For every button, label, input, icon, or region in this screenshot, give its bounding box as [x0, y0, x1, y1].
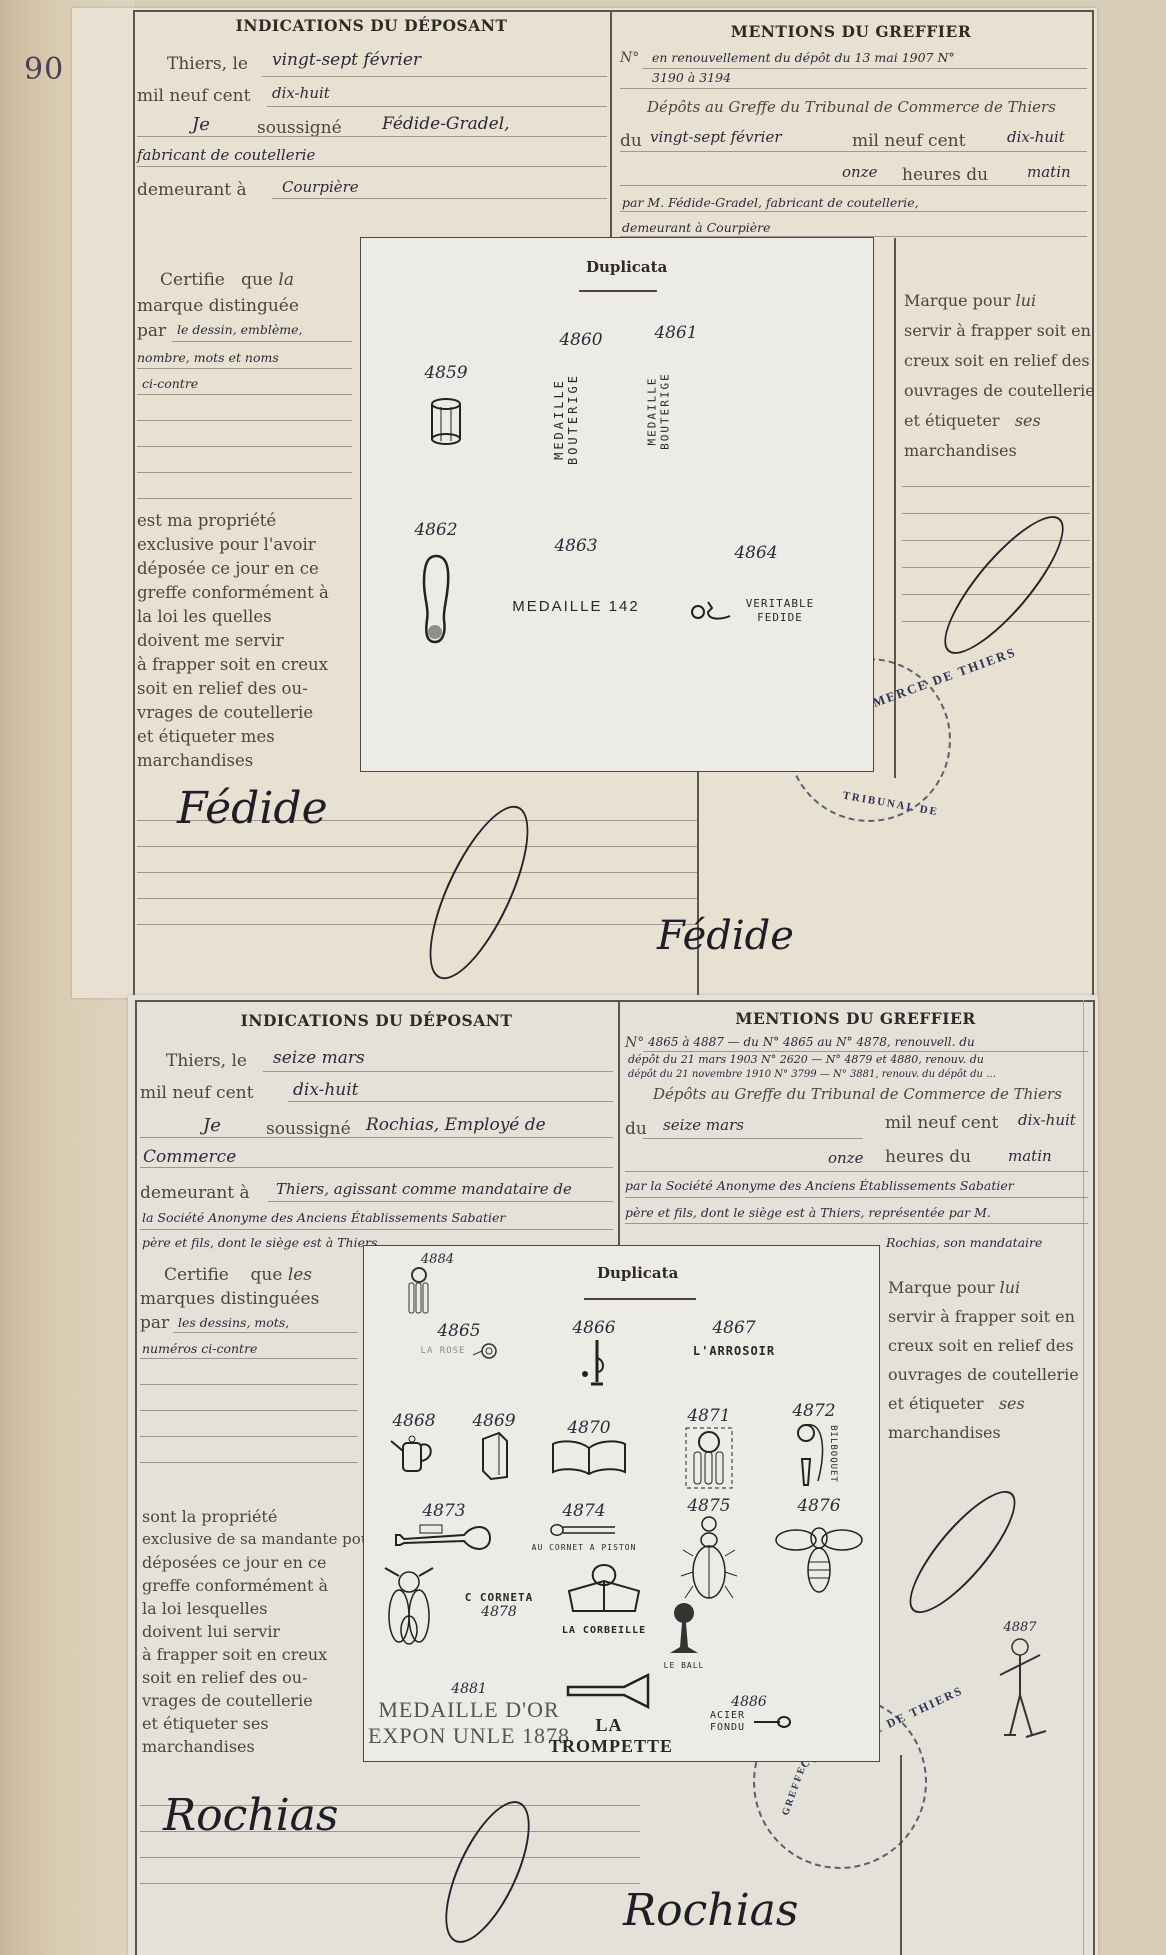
trademark-4873: 4873 [389, 1501, 499, 1559]
place-label: Thiers, le [166, 1051, 247, 1071]
by-line-3: Rochias, son mandataire [886, 1235, 1042, 1250]
du-label: du [625, 1119, 647, 1139]
clerk-paraph-right [927, 501, 1080, 669]
mark-usage-line: et étiqueter [888, 1394, 984, 1413]
certify-desc-2: nombre, mots et noms [137, 350, 279, 365]
property-line: à frapper soit en creux [142, 1645, 327, 1664]
mark-label: ACIER FONDU [707, 1710, 749, 1734]
mark-number: 4886 [694, 1694, 804, 1710]
tassel-icon [404, 1267, 434, 1317]
book-icon [479, 1431, 509, 1481]
certify-marque: marque distinguée [137, 296, 299, 316]
signatory-label: soussigné [266, 1119, 351, 1139]
year-label: mil neuf cent [140, 1083, 253, 1103]
property-line: la loi les quelles [137, 607, 272, 626]
residence: Courpière [282, 178, 359, 196]
basket-icon [559, 1561, 649, 1621]
clerk-hour: onze [828, 1149, 863, 1167]
mark-number: 4861 [631, 323, 721, 343]
mark-usage-line: servir à frapper soit en [904, 321, 1091, 340]
mark-label: MEDAILLE BOUTERIGE [552, 359, 580, 479]
mark-label: MEDAILLE 142 [476, 598, 676, 615]
year-label: mil neuf cent [137, 86, 250, 106]
mark-number: 4863 [476, 536, 676, 556]
mark-usage-pronoun: lui [1016, 291, 1037, 310]
mark-number: 4874 [519, 1501, 649, 1521]
clerk-year: dix-huit [1007, 128, 1065, 146]
duplicata-box-1: Duplicata 4859 4860 MEDAILLE BOUTERIGE 4… [360, 237, 874, 772]
depositor-signature: Fédide [177, 783, 328, 834]
property-line: et étiqueter mes [137, 727, 275, 746]
residence-line-2: la Société Anonyme des Anciens Établisse… [142, 1210, 505, 1225]
trademark-4875: 4875 [664, 1496, 754, 1610]
deposits-label: Dépôts au Greffe du Tribunal de Commerce… [653, 1085, 1062, 1103]
clerk-paraph [410, 793, 548, 991]
number-note-1: 4865 à 4887 — du N° 4865 au N° 4878, ren… [648, 1035, 975, 1049]
trademark-4859: 4859 [406, 363, 486, 451]
trademark-4877 [364, 1566, 454, 1660]
duplicata-title: Duplicata [597, 1264, 678, 1282]
clerk-heading: MENTIONS DU GREFFIER [618, 1009, 1093, 1028]
mark-number: 4868 [379, 1411, 449, 1431]
mark-usage-line: marchandises [904, 441, 1017, 460]
certify-desc-1: le dessin, emblème, [177, 322, 302, 337]
deposit-year: dix-huit [293, 1080, 359, 1100]
fly-icon [379, 1566, 439, 1656]
occupation: Commerce [143, 1147, 236, 1167]
trademark-4886: 4886 ACIER FONDU [694, 1694, 804, 1734]
property-line: greffe conformément à [137, 583, 329, 602]
property-line: déposées ce jour en ce [142, 1553, 326, 1572]
certify-article: la [278, 270, 294, 290]
by-line-1: par M. Fédide-Gradel, fabricant de coute… [622, 195, 919, 210]
clerk-paraph-right [894, 1477, 1031, 1626]
occupation: fabricant de coutellerie [137, 146, 315, 164]
trademark-4860: 4860 MEDAILLE BOUTERIGE [536, 330, 626, 480]
property-line: la loi lesquelles [142, 1599, 267, 1618]
mark-label: LE BALL [654, 1661, 714, 1670]
trademark-4871: 4871 [669, 1406, 749, 1494]
fish-hook-icon [690, 598, 732, 624]
certify-que: que [251, 1265, 283, 1285]
trademark-4870: 4870 [539, 1418, 639, 1482]
mark-number: 4871 [669, 1406, 749, 1426]
clerk-period: matin [1008, 1147, 1052, 1165]
mark-label: MEDAILLE BOUTERIGE [646, 349, 672, 474]
property-line: marchandises [142, 1737, 255, 1756]
property-line: déposée ce jour en ce [137, 559, 319, 578]
watering-can-icon [389, 1431, 439, 1475]
number-label: N° [625, 1035, 644, 1051]
property-line: vrages de coutellerie [142, 1691, 313, 1710]
property-line: sont la propriété [142, 1507, 277, 1526]
mark-usage-possessive: ses [1015, 411, 1041, 430]
mark-usage-pronoun: lui [1000, 1278, 1021, 1297]
certify-par: par [137, 321, 166, 341]
mark-usage-line: et étiqueter [904, 411, 1000, 430]
number-note-1: en renouvellement du dépôt du 13 mai 190… [652, 50, 955, 65]
trademark-4861: 4861 MEDAILLE BOUTERIGE [631, 323, 721, 473]
certify-que: que [241, 270, 273, 290]
trademark-4869: 4869 [459, 1411, 529, 1485]
property-line: doivent me servir [137, 631, 284, 650]
trumpet-icon [579, 1338, 609, 1388]
trademark-4864: 4864 VERITABLE FEDIDE [671, 543, 841, 625]
mark-usage-line: creux soit en relief des [904, 351, 1090, 370]
key-icon [752, 1715, 792, 1729]
certify-par: par [140, 1313, 169, 1333]
clerk-hour: onze [842, 163, 877, 181]
hour-label: heures du [885, 1147, 971, 1167]
mark-usage-line: servir à frapper soit en [888, 1307, 1075, 1326]
deposit-date: seize mars [273, 1048, 365, 1068]
certify-marque: marques distinguées [140, 1289, 319, 1309]
ball-icon [666, 1601, 702, 1657]
trademark-4874: 4874 AU CORNET A PISTON [519, 1501, 649, 1552]
property-line: exclusive pour l'avoir [137, 535, 316, 554]
mark-number: 4887 [985, 1620, 1055, 1635]
mark-usage-line: ouvrages de coutellerie [904, 381, 1095, 400]
number-note-2: 3190 à 3194 [652, 70, 731, 85]
clerk-date: seize mars [663, 1116, 744, 1134]
certify-label: Certifie [164, 1265, 229, 1285]
clerk-signature: Rochias [623, 1885, 798, 1936]
by-line-2: demeurant à Courpière [622, 220, 771, 235]
depositor-heading: INDICATIONS DU DÉPOSANT [133, 16, 610, 35]
trademark-la-trompette: LA TROMPETTE [549, 1671, 669, 1757]
man-figure-icon [990, 1635, 1050, 1745]
mark-number: 4860 [536, 330, 626, 350]
mark-number: 4859 [406, 363, 486, 383]
deposit-year: dix-huit [272, 84, 330, 102]
certify-desc-1: les dessins, mots, [178, 1315, 289, 1330]
mark-number: 4870 [539, 1418, 639, 1438]
mark-number: 4864 [671, 543, 841, 563]
trademark-4884: 4884 [384, 1252, 454, 1321]
mark-number: 4866 [559, 1318, 629, 1338]
mark-usage-line: Marque pour [904, 291, 1011, 310]
clerk-year: dix-huit [1018, 1111, 1076, 1129]
drum-icon [429, 397, 463, 447]
mark-number: 4878 [449, 1604, 549, 1620]
clerk-paraph [428, 1790, 547, 1955]
mark-number: 4867 [674, 1318, 794, 1338]
mark-number: 4865 [404, 1321, 514, 1341]
residence-line-3: père et fils, dont le siège est à Thiers [142, 1235, 377, 1250]
mark-usage-possessive: ses [999, 1394, 1025, 1413]
trademark-4879: LA CORBEILLE [544, 1561, 664, 1636]
mark-number: 4862 [401, 520, 471, 540]
property-line: est ma propriété [137, 511, 276, 530]
mark-label: L'ARROSOIR [674, 1344, 794, 1358]
certify-label: Certifie [160, 270, 225, 290]
by-line-2: père et fils, dont le siège est à Thiers… [625, 1205, 991, 1220]
beetle-icon [679, 1516, 739, 1606]
trademark-4866: 4866 [559, 1318, 629, 1392]
place-label: Thiers, le [167, 54, 248, 74]
residence-label: demeurant à [140, 1183, 250, 1203]
duplicata-box-2: Duplicata 4884 4865 LA ROSE 4866 4867 L'… [363, 1245, 880, 1762]
page-number: 90 [24, 52, 64, 87]
mark-number: 4875 [664, 1496, 754, 1516]
clerk-date: vingt-sept février [650, 128, 782, 146]
certify-desc-2: numéros ci-contre [142, 1341, 257, 1356]
residence: Thiers, agissant comme mandataire de [276, 1180, 572, 1198]
rose-icon [471, 1341, 497, 1361]
number-note-2: dépôt du 21 mars 1903 N° 2620 — N° 4879 … [628, 1053, 984, 1066]
signatory-name: Fédide-Gradel, [382, 114, 510, 134]
mark-label: BILBOQUET [828, 1425, 838, 1483]
mark-label: AU CORNET A PISTON [519, 1543, 649, 1552]
clerk-year-label: mil neuf cent [885, 1113, 998, 1133]
certify-desc-3: ci-contre [142, 376, 198, 391]
signatory-label: soussigné [257, 118, 342, 138]
property-line: doivent lui servir [142, 1622, 280, 1641]
mark-number: 4873 [389, 1501, 499, 1521]
duplicata-title: Duplicata [586, 258, 667, 276]
property-line: à frapper soit en creux [137, 655, 328, 674]
mark-usage-line: creux soit en relief des [888, 1336, 1074, 1355]
number-note-3: dépôt du 21 novembre 1910 N° 3799 — N° 3… [628, 1069, 996, 1080]
signatory-prefix: Je [203, 1115, 221, 1136]
trademark-4872: 4872 BILBOQUET [774, 1401, 854, 1491]
mark-label: MEDAILLE D'OR EXPON UNLE 1878 [364, 1697, 574, 1749]
mark-label: VERITABLE FEDIDE [738, 597, 823, 625]
signatory-prefix: Je [192, 114, 210, 135]
property-line: et étiqueter ses [142, 1714, 269, 1733]
cornet-icon [549, 1521, 619, 1539]
mark-label: LA ROSE [421, 1346, 466, 1356]
trademark-4865: 4865 LA ROSE [404, 1321, 514, 1361]
shoe-sole-icon [421, 554, 451, 644]
trumpet-icon [394, 1521, 494, 1555]
trademark-4862: 4862 [401, 520, 471, 648]
mark-usage-line: marchandises [888, 1423, 1001, 1442]
clerk-heading: MENTIONS DU GREFFIER [610, 22, 1092, 41]
trademark-4863: 4863 MEDAILLE 142 [476, 536, 676, 615]
mark-number: 4872 [774, 1401, 854, 1421]
certify-article: les [288, 1265, 312, 1285]
mark-label: LA CORBEILLE [544, 1625, 664, 1636]
mark-usage-line: ouvrages de coutellerie [888, 1365, 1079, 1384]
trademark-4880: LE BALL [654, 1601, 714, 1670]
mark-number: 4884 [384, 1252, 454, 1267]
clerk-signature: Fédide [657, 913, 794, 959]
depositor-heading: INDICATIONS DU DÉPOSANT [135, 1011, 618, 1030]
signatory-name: Rochias, Employé de [366, 1115, 546, 1135]
trademark-4867: 4867 L'ARROSOIR [674, 1318, 794, 1358]
property-line: greffe conformément à [142, 1576, 328, 1595]
tassel-icon [684, 1426, 734, 1490]
mark-label: LA TROMPETTE [549, 1715, 669, 1757]
mark-number: 4869 [459, 1411, 529, 1431]
depositor-signature: Rochias [163, 1790, 338, 1841]
deposits-label: Dépôts au Greffe du Tribunal de Commerce… [647, 98, 1056, 116]
mark-label: C CORNETA [449, 1591, 549, 1604]
property-line: marchandises [137, 751, 253, 770]
deposit-date: vingt-sept février [272, 50, 421, 70]
bee-icon [774, 1516, 864, 1596]
trumpet-icon [564, 1671, 654, 1711]
residence-label: demeurant à [137, 180, 247, 200]
trademark-4878: C CORNETA 4878 [449, 1591, 549, 1620]
property-line: soit en relief des ou- [142, 1668, 308, 1687]
mark-number: 4876 [769, 1496, 869, 1516]
du-label: du [620, 131, 642, 151]
hour-label: heures du [902, 165, 988, 185]
number-label: N° [620, 50, 639, 66]
clerk-period: matin [1027, 163, 1071, 181]
by-line-1: par la Société Anonyme des Anciens Établ… [625, 1178, 1014, 1193]
mark-number: 4881 [364, 1681, 574, 1697]
trademark-4881: 4881 MEDAILLE D'OR EXPON UNLE 1878 [364, 1681, 574, 1749]
trademark-4887: 4887 [985, 1620, 1055, 1749]
mark-usage-line: Marque pour [888, 1278, 995, 1297]
trademark-4868: 4868 [379, 1411, 449, 1479]
clerk-year-label: mil neuf cent [852, 131, 965, 151]
property-line: vrages de coutellerie [137, 703, 313, 722]
trademark-4876: 4876 [769, 1496, 869, 1600]
open-book-icon [549, 1438, 629, 1478]
property-line: soit en relief des ou- [137, 679, 308, 698]
